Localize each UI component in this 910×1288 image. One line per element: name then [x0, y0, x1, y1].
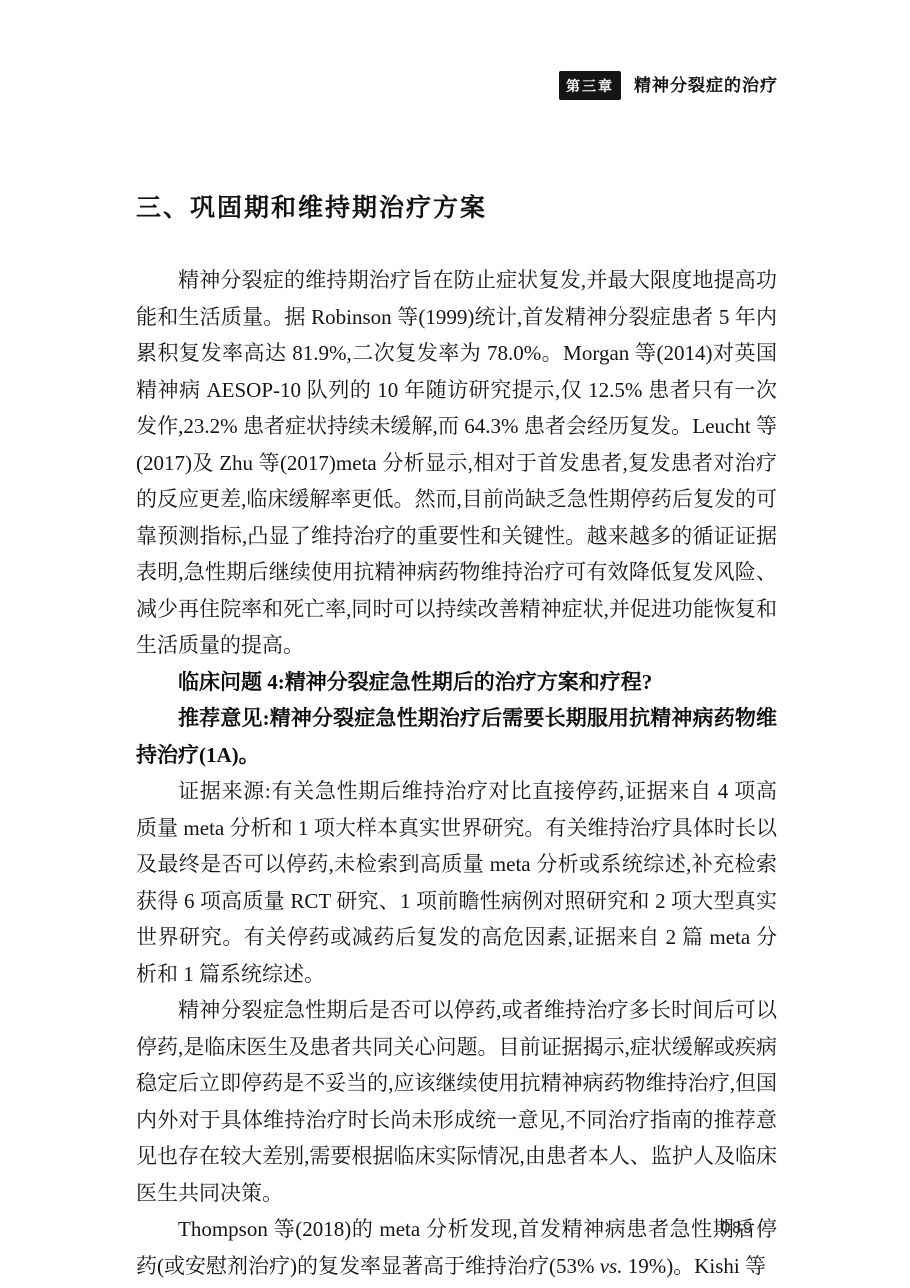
paragraph-evidence-source: 证据来源:有关急性期后维持治疗对比直接停药,证据来自 4 项高质量 meta 分… — [136, 773, 777, 992]
book-page: 第三章 精神分裂症的治疗 三、巩固期和维持期治疗方案 精神分裂症的维持期治疗旨在… — [0, 0, 910, 1288]
section-title: 三、巩固期和维持期治疗方案 — [136, 188, 487, 224]
body-text: 精神分裂症的维持期治疗旨在防止症状复发,并最大限度地提高功能和生活质量。据 Ro… — [136, 262, 777, 1284]
paragraph-thompson: Thompson 等(2018)的 meta 分析发现,首发精神病患者急性期后停… — [136, 1211, 777, 1284]
paragraph-clinical-question: 临床问题 4:精神分裂症急性期后的治疗方案和疗程? — [136, 664, 777, 701]
paragraph-recommendation: 推荐意见:精神分裂症急性期治疗后需要长期服用抗精神病药物维持治疗(1A)。 — [136, 700, 777, 773]
chapter-badge: 第三章 — [559, 71, 621, 100]
page-number: 089 — [721, 1218, 754, 1238]
paragraph-intro: 精神分裂症的维持期治疗旨在防止症状复发,并最大限度地提高功能和生活质量。据 Ro… — [136, 262, 777, 664]
paragraph-discussion: 精神分裂症急性期后是否可以停药,或者维持治疗多长时间后可以停药,是临床医生及患者… — [136, 992, 777, 1211]
chapter-title: 精神分裂症的治疗 — [634, 74, 778, 98]
thompson-vs-italic: vs. — [600, 1254, 623, 1278]
running-header: 第三章 精神分裂症的治疗 — [559, 71, 778, 100]
thompson-text-post: 19%)。Kishi 等 — [622, 1254, 766, 1278]
